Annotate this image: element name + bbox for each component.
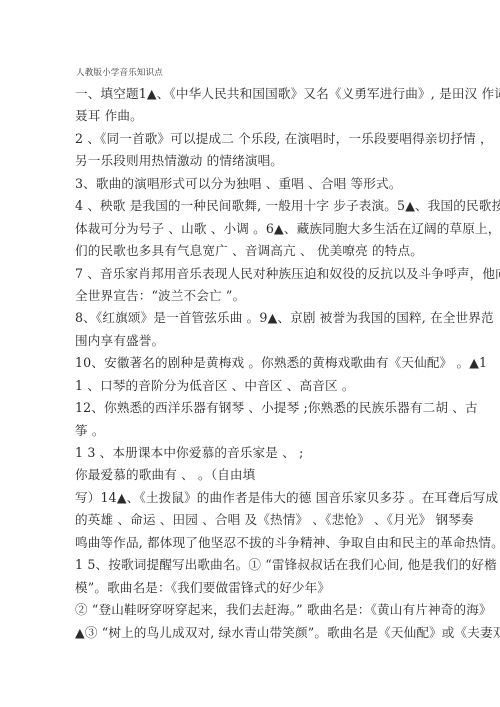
document-page: 人教版小学音乐知识点 一、填空题1▲、《中华人民共和国国歌》又名《义勇军进行曲》… (0, 0, 500, 707)
text-line: 1 、口琴的音阶分为低音区 、中音区 、高音区 。 (75, 375, 435, 397)
text-line: 8、《红旗颂》是一首管弦乐曲 。9▲、京剧 被誉为我国的国粹, 在全世界范 (75, 307, 435, 329)
document-title: 人教版小学音乐知识点 (76, 66, 163, 78)
text-line: 们的民歌也多具有气息宽广 、音调高亢 、 优美嘹亮 的特点。 (75, 240, 435, 262)
text-line: 模”。歌曲名是：《我们要做雷锋式的好少年》 (75, 577, 435, 599)
text-line: 一、填空题1▲、《中华人民共和国国歌》又名《义勇军进行曲》, 是田汉 作词, (75, 83, 435, 105)
text-line: 鸣曲等作品, 都体现了他坚忍不拔的斗争精神、争取自由和民主的革命热情。▲ (75, 532, 435, 554)
text-line: 你最爱慕的歌曲有 、 。（自由填 (75, 464, 435, 486)
text-line: 聂耳 作曲。 (75, 105, 435, 127)
text-line: 2 、《同一首歌》可以提成二 个乐段, 在演唱时，一乐段要唱得亲切抒情 ， (75, 128, 435, 150)
text-line: 筝 。 (75, 420, 435, 442)
text-line: 4 、秧歌 是我国的一种民间歌舞, 一般用十字 步子表演。5▲、我国的民歌按 (75, 195, 435, 217)
document-body: 一、填空题1▲、《中华人民共和国国歌》又名《义勇军进行曲》, 是田汉 作词, 聂… (75, 83, 435, 644)
text-line: 3、歌曲的演唱形式可以分为独唱 、重唱 、合唱 等形式。 (75, 173, 435, 195)
text-line: 1 5、按歌词提醒写出歌曲名。① “雷锋叔叔话在我们心间, 他是我们的好楷 (75, 554, 435, 576)
text-line: ▲③ “树上的鸟儿成双对, 绿水青山带笑颜”。歌曲名是《天仙配》或《夫妻双 (75, 622, 435, 644)
text-line: 7 、音乐家肖邦用音乐表现人民对种族压迫和奴役的反抗以及斗争呼声，他向 (75, 263, 435, 285)
text-line: 10、安徽著名的剧种是黄梅戏 。你熟悉的黄梅戏歌曲有《天仙配》 。▲1 (75, 352, 435, 374)
text-line: ② “登山鞋呀穿呀穿起来，我们去赶海。” 歌曲名是：《黄山有片神奇的海》 (75, 599, 435, 621)
text-line: 1 3 、本册课本中你爱慕的音乐家是 、 ; (75, 442, 435, 464)
text-line: 写）14▲、《土拨鼠》的曲作者是伟大的德 国音乐家贝多芬 。在耳聋后写成 (75, 487, 435, 509)
text-line: 另一乐段则用热情激动 的情绪演唱。 (75, 150, 435, 172)
text-line: 的英雄 、命运 、田园 、合唱 及《热情》 、《悲怆》 、《月光》 钢琴奏 (75, 509, 435, 531)
text-line: 12、你熟悉的西洋乐器有钢琴 、小提琴 ;你熟悉的民族乐器有二胡 、古 (75, 397, 435, 419)
text-line: 体裁可分为号子 、山歌 、小调 。6▲、藏族同胞大多生活在辽阔的草原上，他 (75, 218, 435, 240)
text-line: 围内享有盛誉。 (75, 330, 435, 352)
text-line: 全世界宣告：“波兰不会亡 ”。 (75, 285, 435, 307)
